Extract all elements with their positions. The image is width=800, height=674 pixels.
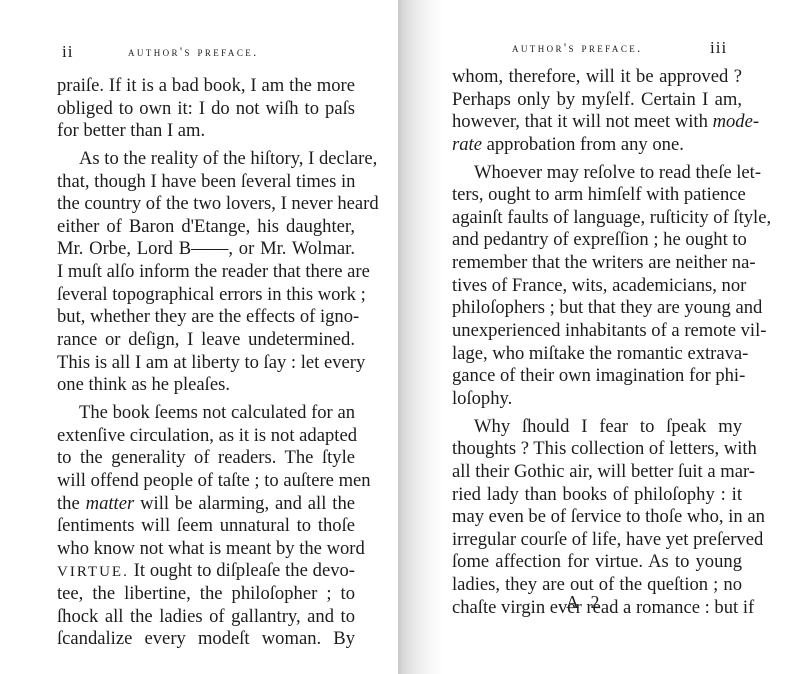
text-line: ters, ought to arm himſelf with patience: [452, 184, 742, 207]
line-text: It ought to diſpleaſe the devo-: [129, 560, 355, 581]
text-line: The book ſeems not calculated for an: [57, 402, 355, 425]
text-line-with-italic: however, that it will not meet with mode…: [452, 111, 742, 134]
text-line: who know not what is meant by the word: [57, 538, 355, 561]
text-line: and pedantry of expreſſion ; he ought to: [452, 229, 742, 252]
text-line: praiſe. If it is a bad book, I am the mo…: [57, 75, 355, 98]
line-text: approbation from any one.: [482, 134, 684, 155]
text-line: tee, the libertine, the philoſopher ; to: [57, 583, 355, 606]
printer-signature-mark: A 2: [566, 592, 604, 613]
text-line: lage, who miſtake the romantic extrava-: [452, 343, 742, 366]
left-page-body: praiſe. If it is a bad book, I am the mo…: [57, 75, 355, 651]
text-line: one think as he pleaſes.: [57, 374, 355, 397]
text-line: Why ſhould I fear to ſpeak my: [452, 416, 742, 439]
text-line: either of Baron d'Etange, his daughter,: [57, 216, 355, 239]
text-line: tives of France, wits, academicians, nor: [452, 275, 742, 298]
text-line: for better than I am.: [57, 120, 355, 143]
running-head-right: AUTHOR'S PREFACE.: [512, 41, 643, 56]
text-line: ſeveral topographical errors in this wor…: [57, 284, 355, 307]
text-line: This is all I am at liberty to ſay : let…: [57, 352, 355, 375]
text-line: irregular courſe of life, have yet preſe…: [452, 529, 742, 552]
text-line: the country of the two lovers, I never h…: [57, 193, 355, 216]
text-line: ſome affection for virtue. As to young: [452, 551, 742, 574]
line-text: will be alarming, and all the: [134, 493, 355, 514]
page-number-left: ii: [62, 42, 73, 62]
text-line: philoſophers ; but that they are young a…: [452, 297, 742, 320]
line-text: the: [57, 493, 86, 514]
text-line: As to the reality of the hiſtory, I decl…: [57, 148, 355, 171]
right-page: AUTHOR'S PREFACE. iii whom, therefore, w…: [398, 0, 800, 674]
text-line: whom, therefore, will it be approved ?: [452, 66, 742, 89]
text-line: but, whether they are the effects of ign…: [57, 306, 355, 329]
text-line: Mr. Orbe, Lord B——, or Mr. Wolmar.: [57, 238, 355, 261]
text-line: Perhaps only by myſelf. Certain I am,: [452, 89, 742, 112]
book-spread: ii AUTHOR'S PREFACE. praiſe. If it is a …: [0, 0, 800, 674]
text-line: all their Gothic air, will better ſuit a…: [452, 461, 742, 484]
italic-word: rate: [452, 134, 482, 155]
text-line: to the generality of readers. The ſtyle: [57, 447, 355, 470]
left-page: ii AUTHOR'S PREFACE. praiſe. If it is a …: [0, 0, 398, 674]
text-line: thoughts ? This collection of letters, w…: [452, 438, 742, 461]
running-head-left: AUTHOR'S PREFACE.: [128, 45, 259, 60]
text-line-with-italic: the matter will be alarming, and all the: [57, 493, 355, 516]
text-line: extenſive circulation, as it is not adap…: [57, 425, 355, 448]
text-line-with-smallcaps: VIRTUE. It ought to diſpleaſe the devo-: [57, 560, 355, 583]
page-number-right: iii: [710, 38, 727, 58]
text-line-with-italic: rate approbation from any one.: [452, 134, 742, 157]
text-line: ſentiments will ſeem unnatural to thoſe: [57, 515, 355, 538]
right-page-body: whom, therefore, will it be approved ? P…: [452, 66, 742, 619]
smallcaps-word: VIRTUE.: [57, 564, 129, 580]
line-text: however, that it will not meet with: [452, 111, 713, 132]
text-line: ſcandalize every modeſt woman. By: [57, 628, 355, 651]
text-line: may even be of ſervice to thoſe who, in …: [452, 506, 742, 529]
text-line: againſt faults of language, ruſticity of…: [452, 207, 742, 230]
italic-word: mode-: [713, 111, 759, 132]
text-line: rance or deſign, I leave undetermined.: [57, 329, 355, 352]
text-line: that, though I have been ſeveral times i…: [57, 171, 355, 194]
text-line: obliged to own it: I do not wiſh to paſs: [57, 98, 355, 121]
text-line: will offend people of taſte ; to auſtere…: [57, 470, 355, 493]
text-line: remember that the writers are neither na…: [452, 252, 742, 275]
text-line: ſhock all the ladies of gallantry, and t…: [57, 606, 355, 629]
text-line: ried lady than books of philoſophy : it: [452, 484, 742, 507]
text-line: gance of their own imagination for phi-: [452, 365, 742, 388]
text-line: Whoever may reſolve to read theſe let-: [452, 162, 742, 185]
text-line: unexperienced inhabitants of a remote vi…: [452, 320, 742, 343]
text-line: I muſt alſo inform the reader that there…: [57, 261, 355, 284]
italic-word: matter: [86, 493, 135, 514]
text-line: loſophy.: [452, 388, 742, 411]
